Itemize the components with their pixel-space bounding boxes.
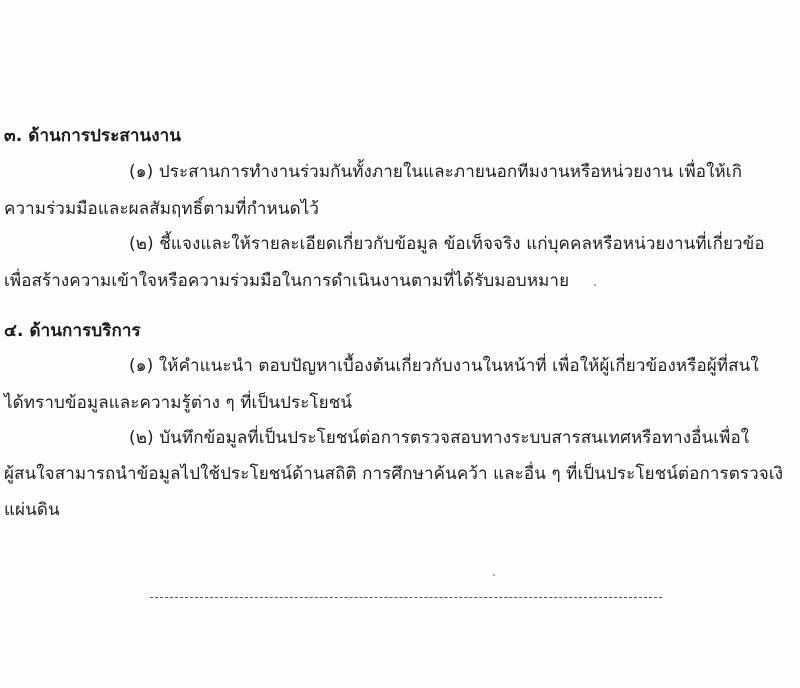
paragraph-coordination-1-line1: (๑) ประสานการทำงานร่วมกันทั้งภายในและภาย… [129, 160, 742, 184]
section-heading-coordination: ๓. ด้านการประสานงาน [4, 124, 181, 148]
paragraph-service-2-line3: แผ่นดิน [4, 498, 60, 522]
paragraph-service-2-line2: ผู้สนใจสามารถนำข้อมูลไปใช้ประโยชน์ด้านสถ… [4, 462, 783, 486]
paragraph-service-1-line2: ได้ทราบข้อมูลและความรู้ต่าง ๆ ที่เป็นประ… [4, 391, 352, 415]
paragraph-service-1-line1: (๑) ให้คำแนะนำ ตอบปัญหาเบื้องต้นเกี่ยวกั… [129, 354, 759, 378]
paragraph-coordination-2-line2: เพื่อสร้างความเข้าใจหรือความร่วมมือในการ… [4, 269, 569, 293]
paragraph-coordination-1-line2: ความร่วมมือและผลสัมฤทธิ์ตามที่กำหนดไว้ [4, 197, 319, 221]
section-heading-service: ๔. ด้านการบริการ [4, 319, 141, 343]
document-page: ๓. ด้านการประสานงาน (๑) ประสานการทำงานร่… [0, 0, 800, 688]
scan-speck [594, 284, 596, 286]
scan-speck [493, 574, 495, 576]
paragraph-coordination-2-line1: (๒) ชี้แจงและให้รายละเอียดเกี่ยวกับข้อมู… [129, 232, 765, 256]
paragraph-service-2-line1: (๒) บันทึกข้อมูลที่เป็นประโยชน์ต่อการตรว… [129, 426, 749, 450]
dashed-divider [150, 597, 662, 598]
